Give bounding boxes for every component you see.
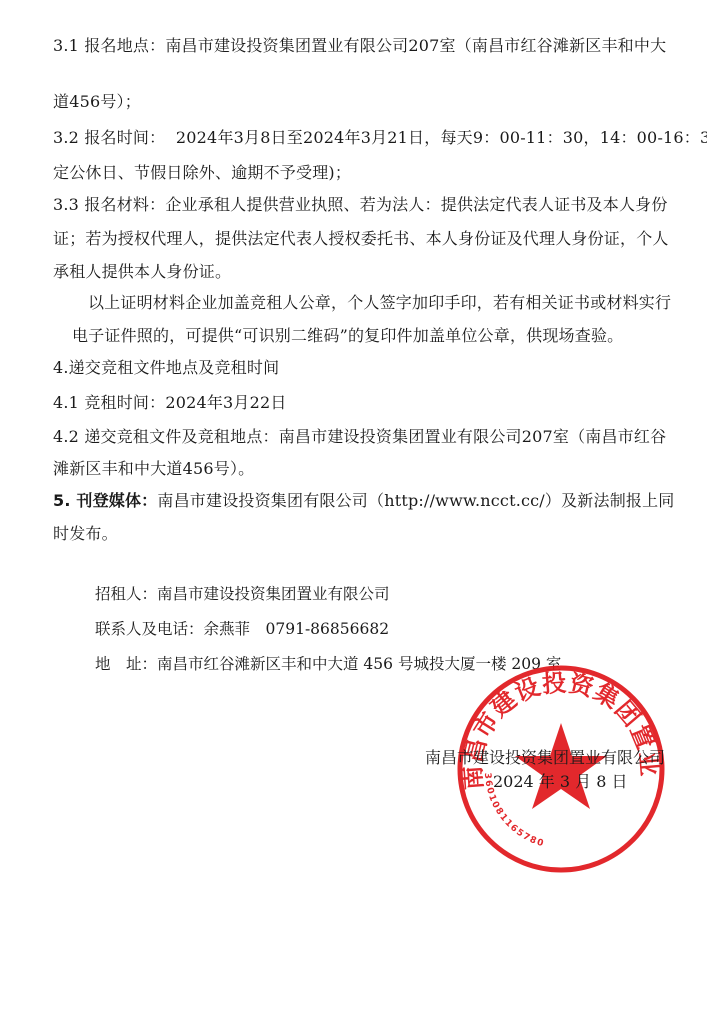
item-3-3-line1: 3.3 报名材料：企业承租人提供营业执照、若为法人：提供法定代表人证书及本人身份 <box>53 195 668 215</box>
item-3-2-line2: 定公休日、节假日除外、逾期不予受理)； <box>53 163 351 183</box>
section-5-label: 5. 刊登媒体： <box>53 491 157 510</box>
item-4-2-line1: 4.2 递交竞租文件及竞租地点：南昌市建设投资集团置业有限公司207室（南昌市红… <box>53 427 666 447</box>
section-5-line1: 5. 刊登媒体：南昌市建设投资集团有限公司（http://www.ncct.cc… <box>53 491 675 511</box>
item-3-1-line1: 3.1 报名地点：南昌市建设投资集团置业有限公司207室（南昌市红谷滩新区丰和中… <box>53 36 666 56</box>
lessor-line: 招租人：南昌市建设投资集团置业有限公司 <box>95 584 390 604</box>
note-line1: 以上证明材料企业加盖竞租人公章，个人签字加印手印，若有相关证书或材料实行 <box>88 293 671 313</box>
section-5-text: 南昌市建设投资集团有限公司（http://www.ncct.cc/）及新法制报上… <box>157 491 674 510</box>
signature-company: 南昌市建设投资集团置业有限公司 <box>425 745 665 768</box>
item-3-2-label: 3.2 报名时间： <box>53 128 165 147</box>
item-3-3-line3: 承租人提供本人身份证。 <box>53 262 231 282</box>
item-3-2-text: 2024年3月8日至2024年3月21日，每天9：00-11：30，14：00-… <box>176 128 707 147</box>
section-5-line2: 时发布。 <box>53 524 118 544</box>
item-4-2-line2: 滩新区丰和中大道456号）。 <box>53 459 254 479</box>
contact-person-line: 联系人及电话：余燕菲 0791-86856682 <box>95 619 389 639</box>
item-3-1-line2: 道456号）； <box>53 92 141 112</box>
item-3-3-label: 3.3 报名材料： <box>53 195 165 214</box>
item-3-1-text: 南昌市建设投资集团置业有限公司207室（南昌市红谷滩新区丰和中大 <box>165 36 666 55</box>
note-line2: 电子证件照的，可提供“可识别二维码”的复印件加盖单位公章，供现场查验。 <box>72 326 623 346</box>
item-4-1: 4.1 竞租时间：2024年3月22日 <box>53 393 287 413</box>
section-4-heading: 4.递交竞租文件地点及竞租时间 <box>53 358 279 378</box>
item-3-1-label: 3.1 报名地点： <box>53 36 165 55</box>
item-3-3-text: 企业承租人提供营业执照、若为法人：提供法定代表人证书及本人身份 <box>165 195 667 214</box>
item-3-3-line2: 证；若为授权代理人，提供法定代表人授权委托书、本人身份证及代理人身份证，个人 <box>53 229 669 249</box>
signature-date: 2024 年 3 月 8 日 <box>493 769 628 792</box>
item-3-2-line1: 3.2 报名时间： 2024年3月8日至2024年3月21日，每天9：00-11… <box>53 128 707 148</box>
